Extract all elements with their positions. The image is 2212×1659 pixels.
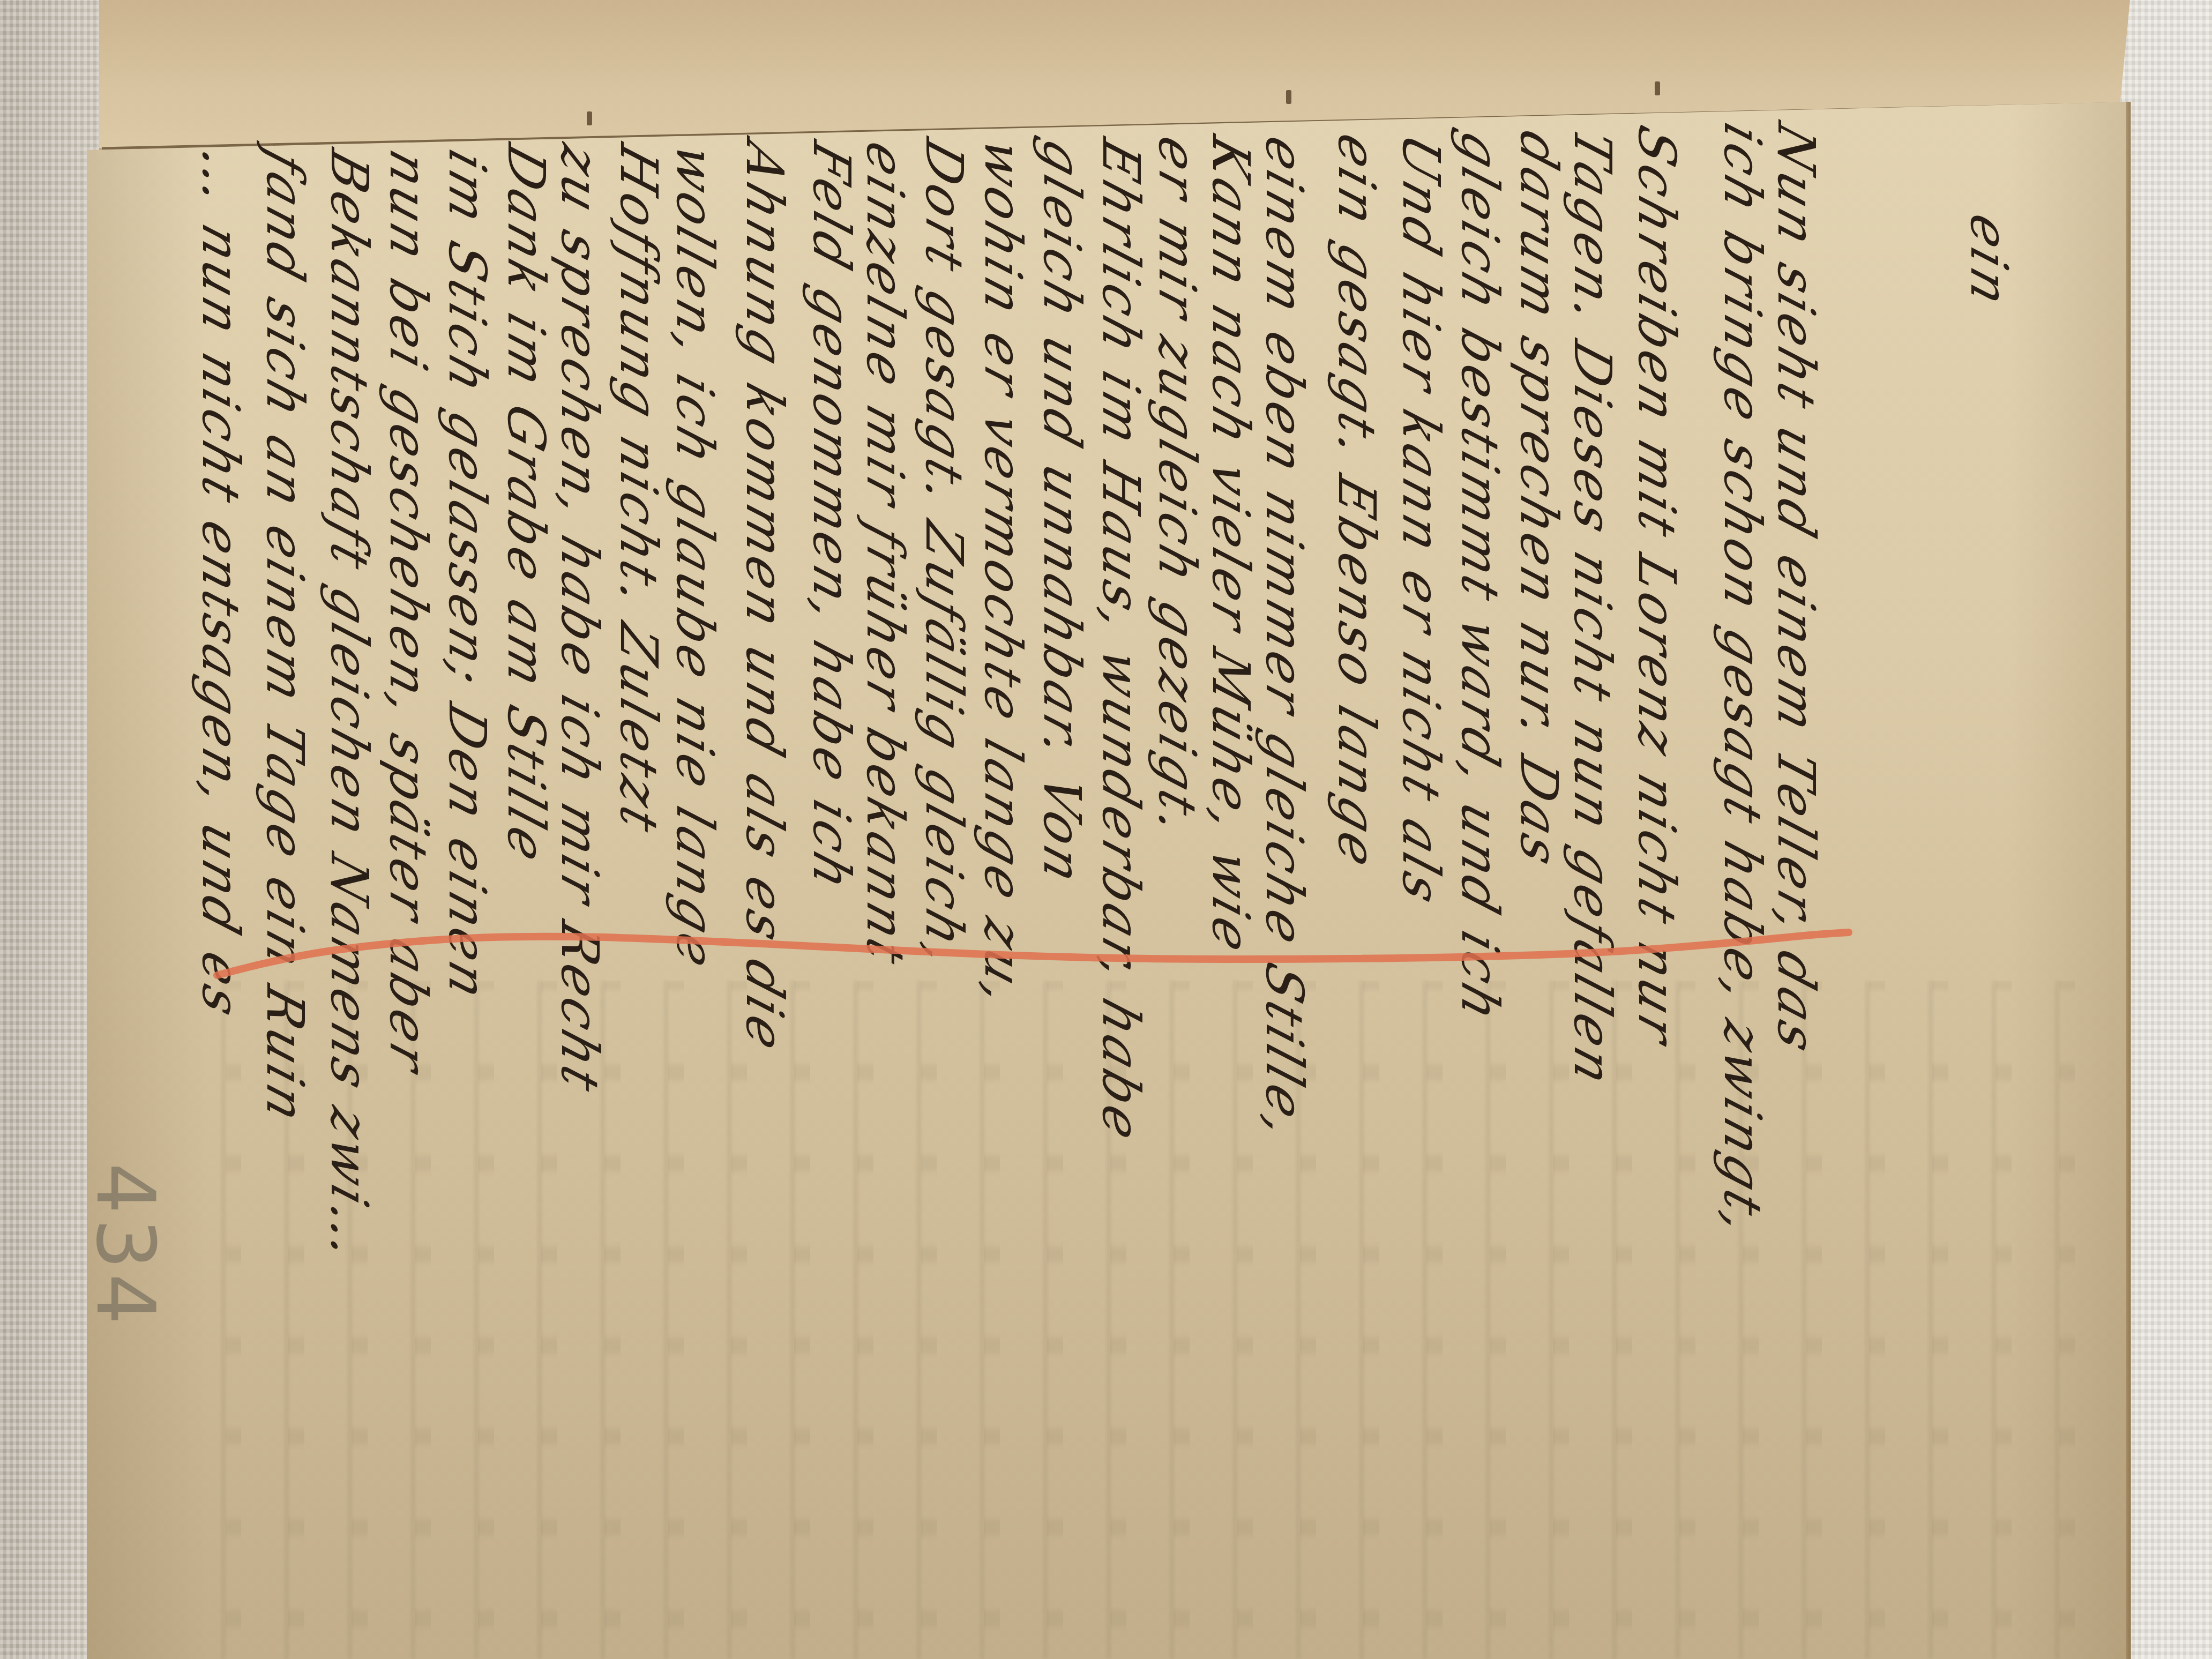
red-strike-line [0,0,2212,1659]
page-number: 434 [78,1163,171,1329]
